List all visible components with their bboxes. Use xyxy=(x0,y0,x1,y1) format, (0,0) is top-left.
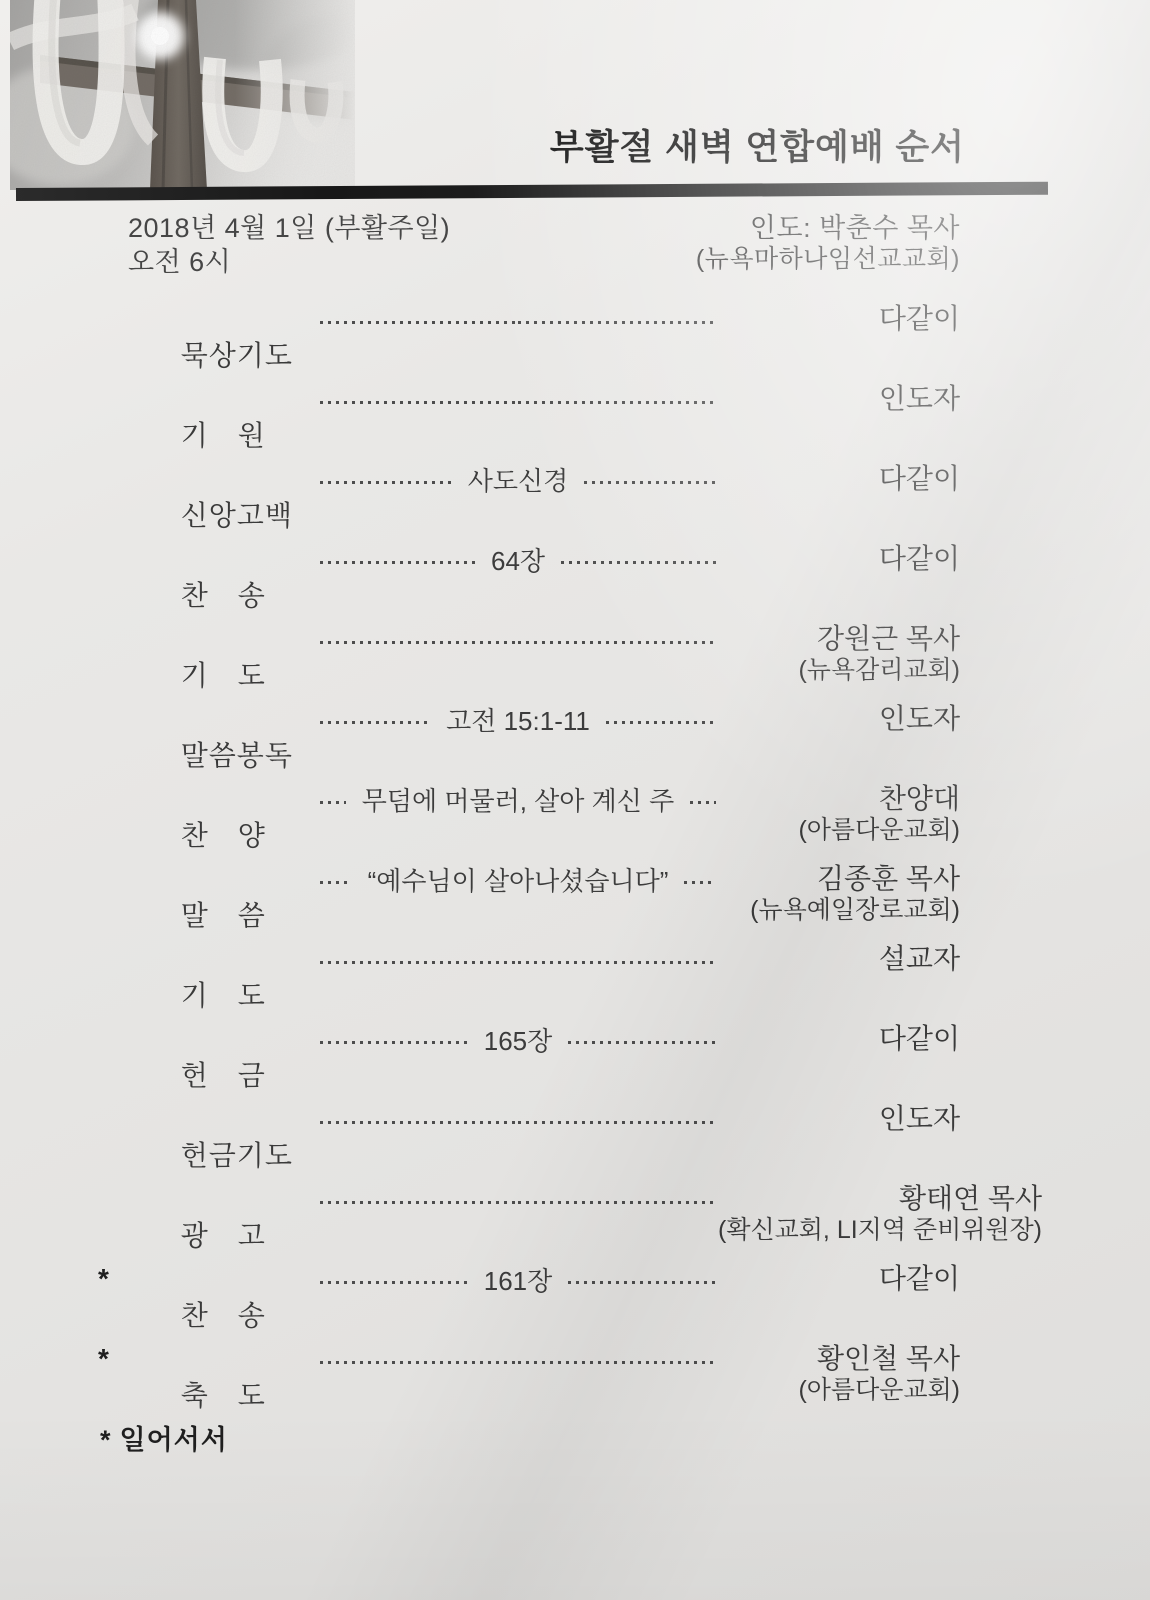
program-item-assignee: 다같이 xyxy=(718,462,960,495)
asterisk-marker: * xyxy=(98,1343,110,1375)
dotted-leader-area xyxy=(318,302,718,336)
program-row-10: *헌 금 165장 다같이 xyxy=(128,1022,960,1056)
dotted-leader xyxy=(518,1361,716,1364)
program-row-5: *기 도 강원근 목사 (뉴욕감리교회) xyxy=(128,622,960,656)
dotted-leader-area: 64장 xyxy=(318,542,718,576)
dotted-leader xyxy=(518,961,716,964)
assignee-name: 황인철 목사 xyxy=(718,1342,960,1375)
dotted-leader-area xyxy=(318,382,718,416)
assignee-church: (뉴욕감리교회) xyxy=(718,656,960,686)
program-item-detail: 161장 xyxy=(468,1261,569,1298)
program-item-assignee: 인도자 xyxy=(718,702,960,735)
asterisk-marker: * xyxy=(100,1425,112,1455)
assignee-name: 찬양대 xyxy=(718,782,960,815)
service-date: 2018년 4월 1일 (부활주일) xyxy=(128,212,450,246)
assignee-name: 다같이 xyxy=(718,1262,960,1295)
program-row-11: *헌금기도 인도자 xyxy=(128,1102,960,1136)
dotted-leader xyxy=(684,881,716,884)
program-row-2: *기 원 인도자 xyxy=(128,382,960,416)
dotted-leader xyxy=(320,1121,518,1124)
dotted-leader xyxy=(320,1361,518,1364)
assignee-church: (확신교회, LI지역 준비위원장) xyxy=(718,1216,1042,1246)
dotted-leader xyxy=(320,961,518,964)
program-row-8: *말 씀 “예수님이 살아나셨습니다” 김종훈 목사 (뉴욕예일장로교회) xyxy=(128,862,960,896)
program-item-assignee: 찬양대 (아름다운교회) xyxy=(718,782,960,846)
dotted-leader xyxy=(518,401,716,404)
dotted-leader xyxy=(518,1121,716,1124)
dotted-leader xyxy=(320,721,430,724)
dotted-leader-area xyxy=(318,1342,718,1376)
program-item-detail: 무덤에 머물러, 살아 계신 주 xyxy=(346,781,690,818)
assignee-name: 다같이 xyxy=(718,542,960,575)
assignee-name: 다같이 xyxy=(718,462,960,495)
assignee-church: (뉴욕예일장로교회) xyxy=(718,896,960,926)
service-datetime: 2018년 4월 1일 (부활주일) 오전 6시 xyxy=(128,212,450,280)
program-row-13: *찬 송 161장 다같이 xyxy=(128,1262,960,1296)
dotted-leader-area xyxy=(318,1182,718,1216)
program-row-4: *찬 송 64장 다같이 xyxy=(128,542,960,576)
assignee-church: (아름다운교회) xyxy=(718,1376,960,1406)
program-item-assignee: 황인철 목사 (아름다운교회) xyxy=(718,1342,960,1406)
dotted-leader xyxy=(320,1281,468,1284)
program-item-detail: “예수님이 살아나셨습니다” xyxy=(352,861,685,898)
order-of-worship-list: *묵상기도 다같이 *기 원 인도자 *신앙고백 xyxy=(128,302,960,1422)
dotted-leader-area: 고전 15:1-11 xyxy=(318,702,718,736)
program-item-assignee: 다같이 xyxy=(718,542,960,575)
program-item-assignee: 설교자 xyxy=(718,942,960,975)
dotted-leader xyxy=(568,1281,716,1284)
program-item-detail: 165장 xyxy=(468,1021,569,1058)
program-item-assignee: 다같이 xyxy=(718,302,960,335)
dotted-leader xyxy=(320,321,518,324)
assignee-name: 다같이 xyxy=(718,1022,960,1055)
program-item-assignee: 강원근 목사 (뉴욕감리교회) xyxy=(718,622,960,686)
program-row-7: *찬 양 무덤에 머물러, 살아 계신 주 찬양대 (아름다운교회) xyxy=(128,782,960,816)
program-item-assignee: 다같이 xyxy=(718,1262,960,1295)
dotted-leader xyxy=(320,801,346,804)
dotted-leader-area: 161장 xyxy=(318,1262,718,1296)
assignee-church: (아름다운교회) xyxy=(718,816,960,846)
footnote-text: 일어서서 xyxy=(120,1425,228,1455)
program-item-assignee: 황태연 목사 (확신교회, LI지역 준비위원장) xyxy=(718,1182,1042,1246)
page-title: 부활절 새벽 연합예배 순서 xyxy=(550,120,965,170)
dotted-leader xyxy=(584,481,716,484)
dotted-leader-area: “예수님이 살아나셨습니다” xyxy=(318,862,718,896)
dotted-leader xyxy=(518,641,716,644)
cross-shroud-photo xyxy=(10,0,355,190)
dotted-leader xyxy=(606,721,716,724)
program-row-9: *기 도 설교자 xyxy=(128,942,960,976)
program-row-12: *광 고 황태연 목사 (확신교회, LI지역 준비위원장) xyxy=(128,1182,960,1216)
program-item-assignee: 인도자 xyxy=(718,382,960,415)
program-item-assignee: 다같이 xyxy=(718,1022,960,1055)
program-row-1: *묵상기도 다같이 xyxy=(128,302,960,336)
assignee-name: 인도자 xyxy=(718,702,960,735)
assignee-name: 황태연 목사 xyxy=(718,1182,1042,1215)
assignee-name: 설교자 xyxy=(718,942,960,975)
program-item-detail: 64장 xyxy=(475,541,561,578)
dotted-leader-area: 165장 xyxy=(318,1022,718,1056)
dotted-leader xyxy=(320,401,518,404)
standing-footnote: *일어서서 xyxy=(100,1418,228,1457)
dotted-leader-area: 사도신경 xyxy=(318,462,718,496)
assignee-name: 강원근 목사 xyxy=(718,622,960,655)
assignee-name: 인도자 xyxy=(718,382,960,415)
dotted-leader-area: 무덤에 머물러, 살아 계신 주 xyxy=(318,782,718,816)
assignee-name: 다같이 xyxy=(718,302,960,335)
service-info: 2018년 4월 1일 (부활주일) 오전 6시 인도: 박춘수 목사 (뉴욕마… xyxy=(128,212,960,280)
dotted-leader-area xyxy=(318,942,718,976)
dotted-leader xyxy=(320,481,452,484)
service-time: 오전 6시 xyxy=(128,246,450,280)
dotted-leader xyxy=(320,1201,518,1204)
program-item-assignee: 김종훈 목사 (뉴욕예일장로교회) xyxy=(718,862,960,926)
dotted-leader-area xyxy=(318,622,718,656)
dotted-leader xyxy=(320,1041,468,1044)
leader-name: 인도: 박춘수 목사 xyxy=(696,212,960,244)
dotted-leader xyxy=(320,881,352,884)
program-row-14: *축 도 황인철 목사 (아름다운교회) xyxy=(128,1342,960,1376)
dotted-leader xyxy=(561,561,716,564)
program-item-detail: 고전 15:1-11 xyxy=(430,701,606,738)
assignee-name: 인도자 xyxy=(718,1102,960,1135)
dotted-leader xyxy=(320,641,518,644)
dotted-leader xyxy=(518,1201,716,1204)
bulletin-page: 부활절 새벽 연합예배 순서 2018년 4월 1일 (부활주일) 오전 6시 … xyxy=(0,0,1150,1600)
assignee-name: 김종훈 목사 xyxy=(718,862,960,895)
dotted-leader xyxy=(568,1041,716,1044)
asterisk-marker: * xyxy=(98,1263,110,1295)
dotted-leader xyxy=(690,801,716,804)
dotted-leader-area xyxy=(318,1102,718,1136)
program-row-6: *말씀봉독 고전 15:1-11 인도자 xyxy=(128,702,960,736)
dotted-leader xyxy=(518,321,716,324)
program-item-detail: 사도신경 xyxy=(452,461,584,498)
program-item-assignee: 인도자 xyxy=(718,1102,960,1135)
program-row-3: *신앙고백 사도신경 다같이 xyxy=(128,462,960,496)
leader-church: (뉴욕마하나임선교교회) xyxy=(696,244,960,274)
service-leader: 인도: 박춘수 목사 (뉴욕마하나임선교교회) xyxy=(696,212,960,274)
dotted-leader xyxy=(320,561,475,564)
